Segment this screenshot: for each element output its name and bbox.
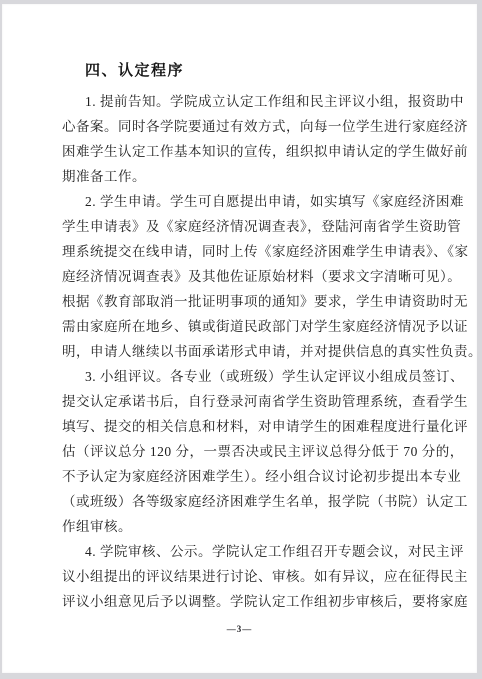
- text-line: 期准备工作。: [62, 164, 421, 189]
- text-line: 明，申请人继续以书面承诺形式申请，并对提供信息的真实性负责。: [62, 339, 421, 364]
- text-line: 2. 学生申请。学生可自愿提出申请，如实填写《家庭经济困难: [62, 189, 421, 214]
- text-line: 心备案。同时各学院要通过有效方式，向每一位学生进行家庭经济: [62, 114, 421, 139]
- text-line: 4. 学院审核、公示。学院认定工作组召开专题会议，对民主评: [62, 539, 421, 564]
- page-number: —3—: [2, 624, 477, 634]
- text-line: 作组审核。: [62, 514, 421, 539]
- text-line: 1. 提前告知。学院成立认定工作组和民主评议小组，报资助中: [62, 89, 421, 114]
- text-line: 学生申请表》及《家庭经济情况调查表》，登陆河南省学生资助管: [62, 214, 421, 239]
- text-line: 庭经济情况调查表》及其他佐证原始材料（要求文字清晰可见）。: [62, 264, 421, 289]
- paragraph: 4. 学院审核、公示。学院认定工作组召开专题会议，对民主评 议小组提出的评议结果…: [62, 539, 421, 614]
- text-line: 提交认定承诺书后，自行登录河南省学生资助管理系统，查看学生: [62, 389, 421, 414]
- text-line: 估（评议总分 120 分，一票否决或民主评议总得分低于 70 分的，: [62, 439, 421, 464]
- document-page: 四、认定程序 1. 提前告知。学院成立认定工作组和民主评议小组，报资助中 心备案…: [2, 4, 477, 673]
- text-line: 理系统提交在线申请，同时上传《家庭经济困难学生申请表》、《家: [62, 239, 421, 264]
- text-line: 填写、提交的相关信息和材料，对申请学生的困难程度进行量化评: [62, 414, 421, 439]
- text-line: 不予认定为家庭经济困难学生）。经小组合议讨论初步提出本专业: [62, 464, 421, 489]
- text-line: 根据《教育部取消一批证明事项的通知》要求，学生申请资助时无: [62, 289, 421, 314]
- section-heading: 四、认定程序: [62, 61, 421, 82]
- paragraph: 1. 提前告知。学院成立认定工作组和民主评议小组，报资助中 心备案。同时各学院要…: [62, 89, 421, 189]
- text-line: 评议小组意见后予以调整。学院认定工作组初步审核后，要将家庭: [62, 589, 421, 614]
- text-line: （或班级）各等级家庭经济困难学生名单，报学院（书院）认定工: [62, 489, 421, 514]
- text-line: 需由家庭所在地乡、镇或街道民政部门对学生家庭经济情况予以证: [62, 314, 421, 339]
- paragraph: 2. 学生申请。学生可自愿提出申请，如实填写《家庭经济困难 学生申请表》及《家庭…: [62, 189, 421, 364]
- paragraph: 3. 小组评议。各专业（或班级）学生认定评议小组成员签订、 提交认定承诺书后，自…: [62, 364, 421, 539]
- text-line: 3. 小组评议。各专业（或班级）学生认定评议小组成员签订、: [62, 364, 421, 389]
- text-line: 议小组提出的评议结果进行讨论、审核。如有异议，应在征得民主: [62, 564, 421, 589]
- text-line: 困难学生认定工作基本知识的宣传，组织拟申请认定的学生做好前: [62, 139, 421, 164]
- page-content: 四、认定程序 1. 提前告知。学院成立认定工作组和民主评议小组，报资助中 心备案…: [62, 61, 421, 614]
- scanned-document: 四、认定程序 1. 提前告知。学院成立认定工作组和民主评议小组，报资助中 心备案…: [0, 0, 482, 679]
